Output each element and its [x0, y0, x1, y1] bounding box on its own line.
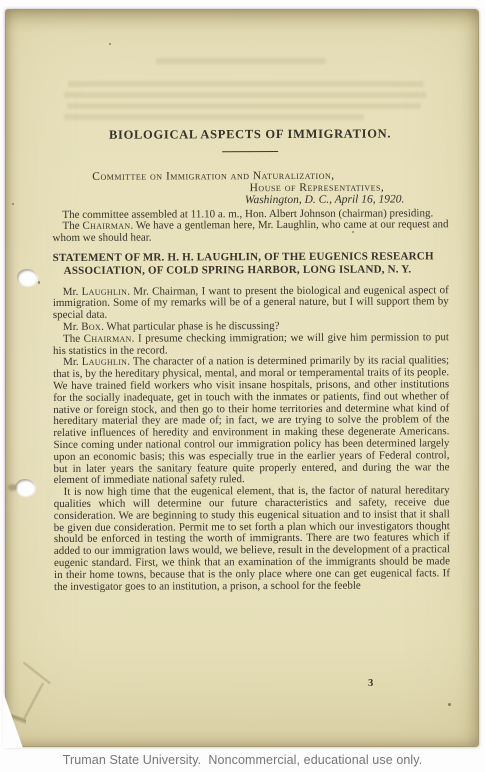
document-body: The committee assembled at 11.10 a. m., … [52, 208, 450, 593]
document-title: BIOLOGICAL ASPECTS OF IMMIGRATION. [52, 126, 448, 142]
paragraph: The Chairman. We have a gentleman here, … [52, 220, 448, 245]
title-divider [222, 151, 278, 152]
paragraph: Mr. Laughlin. Mr. Chairman, I want to pr… [53, 285, 449, 322]
scanned-document: BIOLOGICAL ASPECTS OF IMMIGRATION. Commi… [0, 0, 485, 772]
paper-speck [448, 703, 451, 706]
dateline: Washington, D. C., April 16, 1920. [52, 194, 404, 208]
paper-crease [24, 683, 44, 719]
bleed-through-line [68, 81, 424, 87]
statement-heading: STATEMENT OF MR. H. H. LAUGHLIN, OF THE … [53, 250, 449, 277]
paragraph: Mr. Laughlin. The character of a nation … [53, 356, 450, 487]
bleed-through-line [64, 92, 426, 98]
page-number: 3 [368, 678, 373, 689]
paper-crease [23, 662, 51, 684]
bleed-through-line [67, 103, 421, 109]
attribution-caption: Truman State University. Noncommercial, … [63, 753, 423, 767]
bleed-through-line [156, 58, 326, 64]
text-block: BIOLOGICAL ASPECTS OF IMMIGRATION. Commi… [52, 116, 450, 593]
hearing-heading: Committee on Immigration and Naturalizat… [52, 169, 448, 207]
hole-punch [17, 269, 37, 286]
hole-punch [15, 479, 35, 496]
paper-speck [352, 231, 354, 233]
paragraph: It is now high time that the eugenical e… [54, 485, 450, 593]
committee-line: Committee on Immigration and Naturalizat… [92, 169, 448, 183]
paragraph: The Chairman. I presume checking immigra… [53, 332, 449, 357]
document-page: BIOLOGICAL ASPECTS OF IMMIGRATION. Commi… [5, 9, 479, 747]
paper-speck [12, 203, 14, 205]
paper-speck [38, 281, 40, 284]
attribution-bar: Truman State University. Noncommercial, … [0, 747, 485, 772]
paper-speck [109, 43, 111, 45]
